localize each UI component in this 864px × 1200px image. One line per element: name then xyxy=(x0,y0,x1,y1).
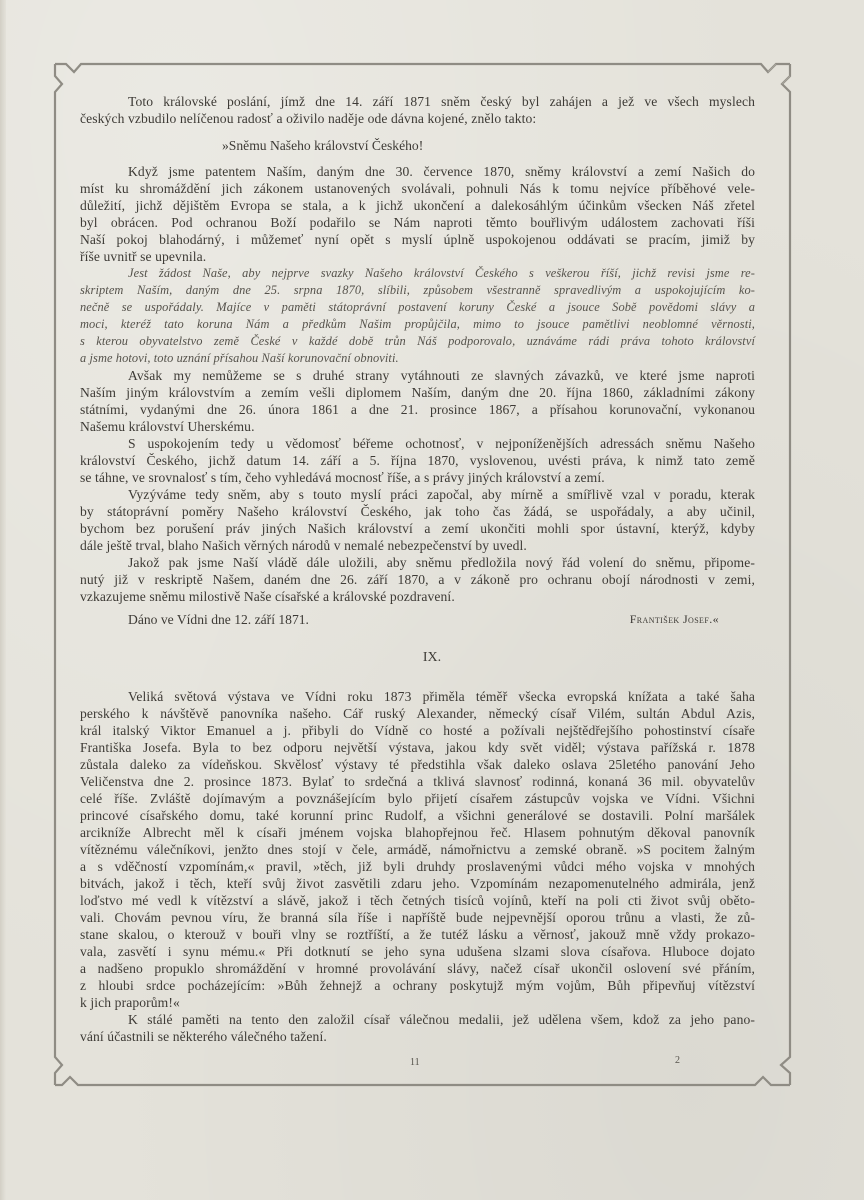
paragraph-line: se táhne, ve srovnalosť s tím, čeho vyhl… xyxy=(80,469,755,486)
paragraph-line: důležití, jichž dějištěm Evropa se stala… xyxy=(80,197,755,214)
paragraph-line: Avšak my nemůžeme se s druhé strany vytá… xyxy=(128,367,755,384)
italic-paragraph-line: nečně se uspořádaly. Majíce v paměti stá… xyxy=(80,299,755,316)
intro-line: Toto královské poslání, jímž dne 14. zář… xyxy=(128,93,755,110)
section-paragraph-line: Veliká světová výstava ve Vídni roku 187… xyxy=(128,688,755,705)
paragraph-line: byl obrácen. Pod ochranou Boží podařilo … xyxy=(80,214,755,231)
section-paragraph-line: K stálé paměti na tento den založil císa… xyxy=(128,1011,755,1028)
section-paragraph-line: perského k návštěvě panovníka našeho. Cá… xyxy=(80,705,755,722)
dateline: Dáno ve Vídni dne 12. září 1871. xyxy=(128,611,309,628)
paragraph-line: říše uvnitř se upevnila. xyxy=(80,248,755,265)
italic-paragraph-line: moci, kteréž tato koruna Nám a předkům N… xyxy=(80,316,755,333)
section-paragraph-line: vítěznému válečníkovi, jenžto dnes stojí… xyxy=(80,841,755,858)
section-paragraph-line: vali. Chovám pevnou víru, že branná síla… xyxy=(80,909,755,926)
section-paragraph-line: Františka Josefa. Byla to bez odporu nej… xyxy=(80,739,755,756)
italic-paragraph-line: a jsme hotovi, toto uznání přísahou Naší… xyxy=(80,350,755,367)
italic-paragraph-line: Jest žádost Naše, aby nejprve svazky Naš… xyxy=(128,265,755,282)
page-paper: Toto královské poslání, jímž dne 14. zář… xyxy=(0,0,864,1200)
italic-paragraph-line: skriptem Naším, daným dne 25. srpna 1870… xyxy=(80,282,755,299)
page-number: 11 xyxy=(410,1057,420,1069)
paragraph-line: bychom bez porušení práv jiných Našich k… xyxy=(80,520,755,537)
section-paragraph-line: princové císařského domu, také korunní p… xyxy=(80,807,755,824)
section-paragraph-line: a s vděčností vzpomínám,« pravil, »těch,… xyxy=(80,858,755,875)
section-paragraph-line: zůstala daleko za vídeňskou. Skvělosť vý… xyxy=(80,756,755,773)
section-paragraph-line: Veličenstva dne 2. prosince 1873. Bylať … xyxy=(80,773,755,790)
section-paragraph-line: arcikníže Albrecht měl k císaři jménem v… xyxy=(80,824,755,841)
paragraph-line: nutý již v reskriptě Našem, daném dne 26… xyxy=(80,571,755,588)
intro-line: českých vzbudilo nelíčenou radosť a oživ… xyxy=(80,110,755,127)
paragraph-line: dále ještě trval, blaho Našich věrných n… xyxy=(80,537,755,554)
section-paragraph-line: z hloubi srdce pocházejícím: »Bůh žehnej… xyxy=(80,977,755,994)
section-paragraph-line: loďstvo mé vedl k vítězství a slávě, jak… xyxy=(80,892,755,909)
paragraph-line: Naší pokoj blahodárný, i můžemeť nyní op… xyxy=(80,231,755,248)
paragraph-line: Jakož pak jsme Naší vládě dále uložili, … xyxy=(128,554,755,571)
italic-paragraph-line: s kterou obyvatelstvo země České v každé… xyxy=(80,333,755,350)
section-paragraph-line: král italský Viktor Emanuel a j. přibyli… xyxy=(80,722,755,739)
paragraph-line: království Českého, jichž datum 14. září… xyxy=(80,452,755,469)
section-paragraph-line: k jich praporům!« xyxy=(80,994,755,1011)
paragraph-line: Naším jiným královstvím a zemím vešli di… xyxy=(80,384,755,401)
paragraph-line: Vyzýváme tedy sněm, aby s touto myslí pr… xyxy=(128,486,755,503)
section-heading: IX. xyxy=(0,649,864,666)
paragraph-line: míst ku shromáždění jich zákonem ustanov… xyxy=(80,180,755,197)
section-paragraph-line: bitvách, jakož i těch, kteří svůj život … xyxy=(80,875,755,892)
signature-mark: 2 xyxy=(675,1055,680,1067)
section-paragraph-line: a nadšeno propuklo shromáždění v hromné … xyxy=(80,960,755,977)
section-paragraph-line: vání účastnili se některého válečného ta… xyxy=(80,1028,755,1045)
section-paragraph-line: celé říše. Zvláště dojímavým a povznášej… xyxy=(80,790,755,807)
section-paragraph-line: vala, zasvětí i synu mému.« Při dotknutí… xyxy=(80,943,755,960)
paragraph-line: S uspokojením tedy u vědomosť béřeme och… xyxy=(128,435,755,452)
paragraph-line: státními, vydanými dne 26. února 1861 a … xyxy=(80,401,755,418)
paragraph-line: Našemu království Uherskému. xyxy=(80,418,755,435)
paragraph-line: by státoprávní poměry Našeho království … xyxy=(80,503,755,520)
rescript-greeting: »Sněmu Našeho království Českého! xyxy=(222,137,423,154)
section-paragraph-line: stane skalou, o kterouž v bouři vlny se … xyxy=(80,926,755,943)
paragraph-line: Když jsme patentem Naším, daným dne 30. … xyxy=(128,163,755,180)
signature: František Josef.« xyxy=(630,611,719,628)
paragraph-line: vzkazujeme sněmu milostivě Naše císařské… xyxy=(80,588,755,605)
